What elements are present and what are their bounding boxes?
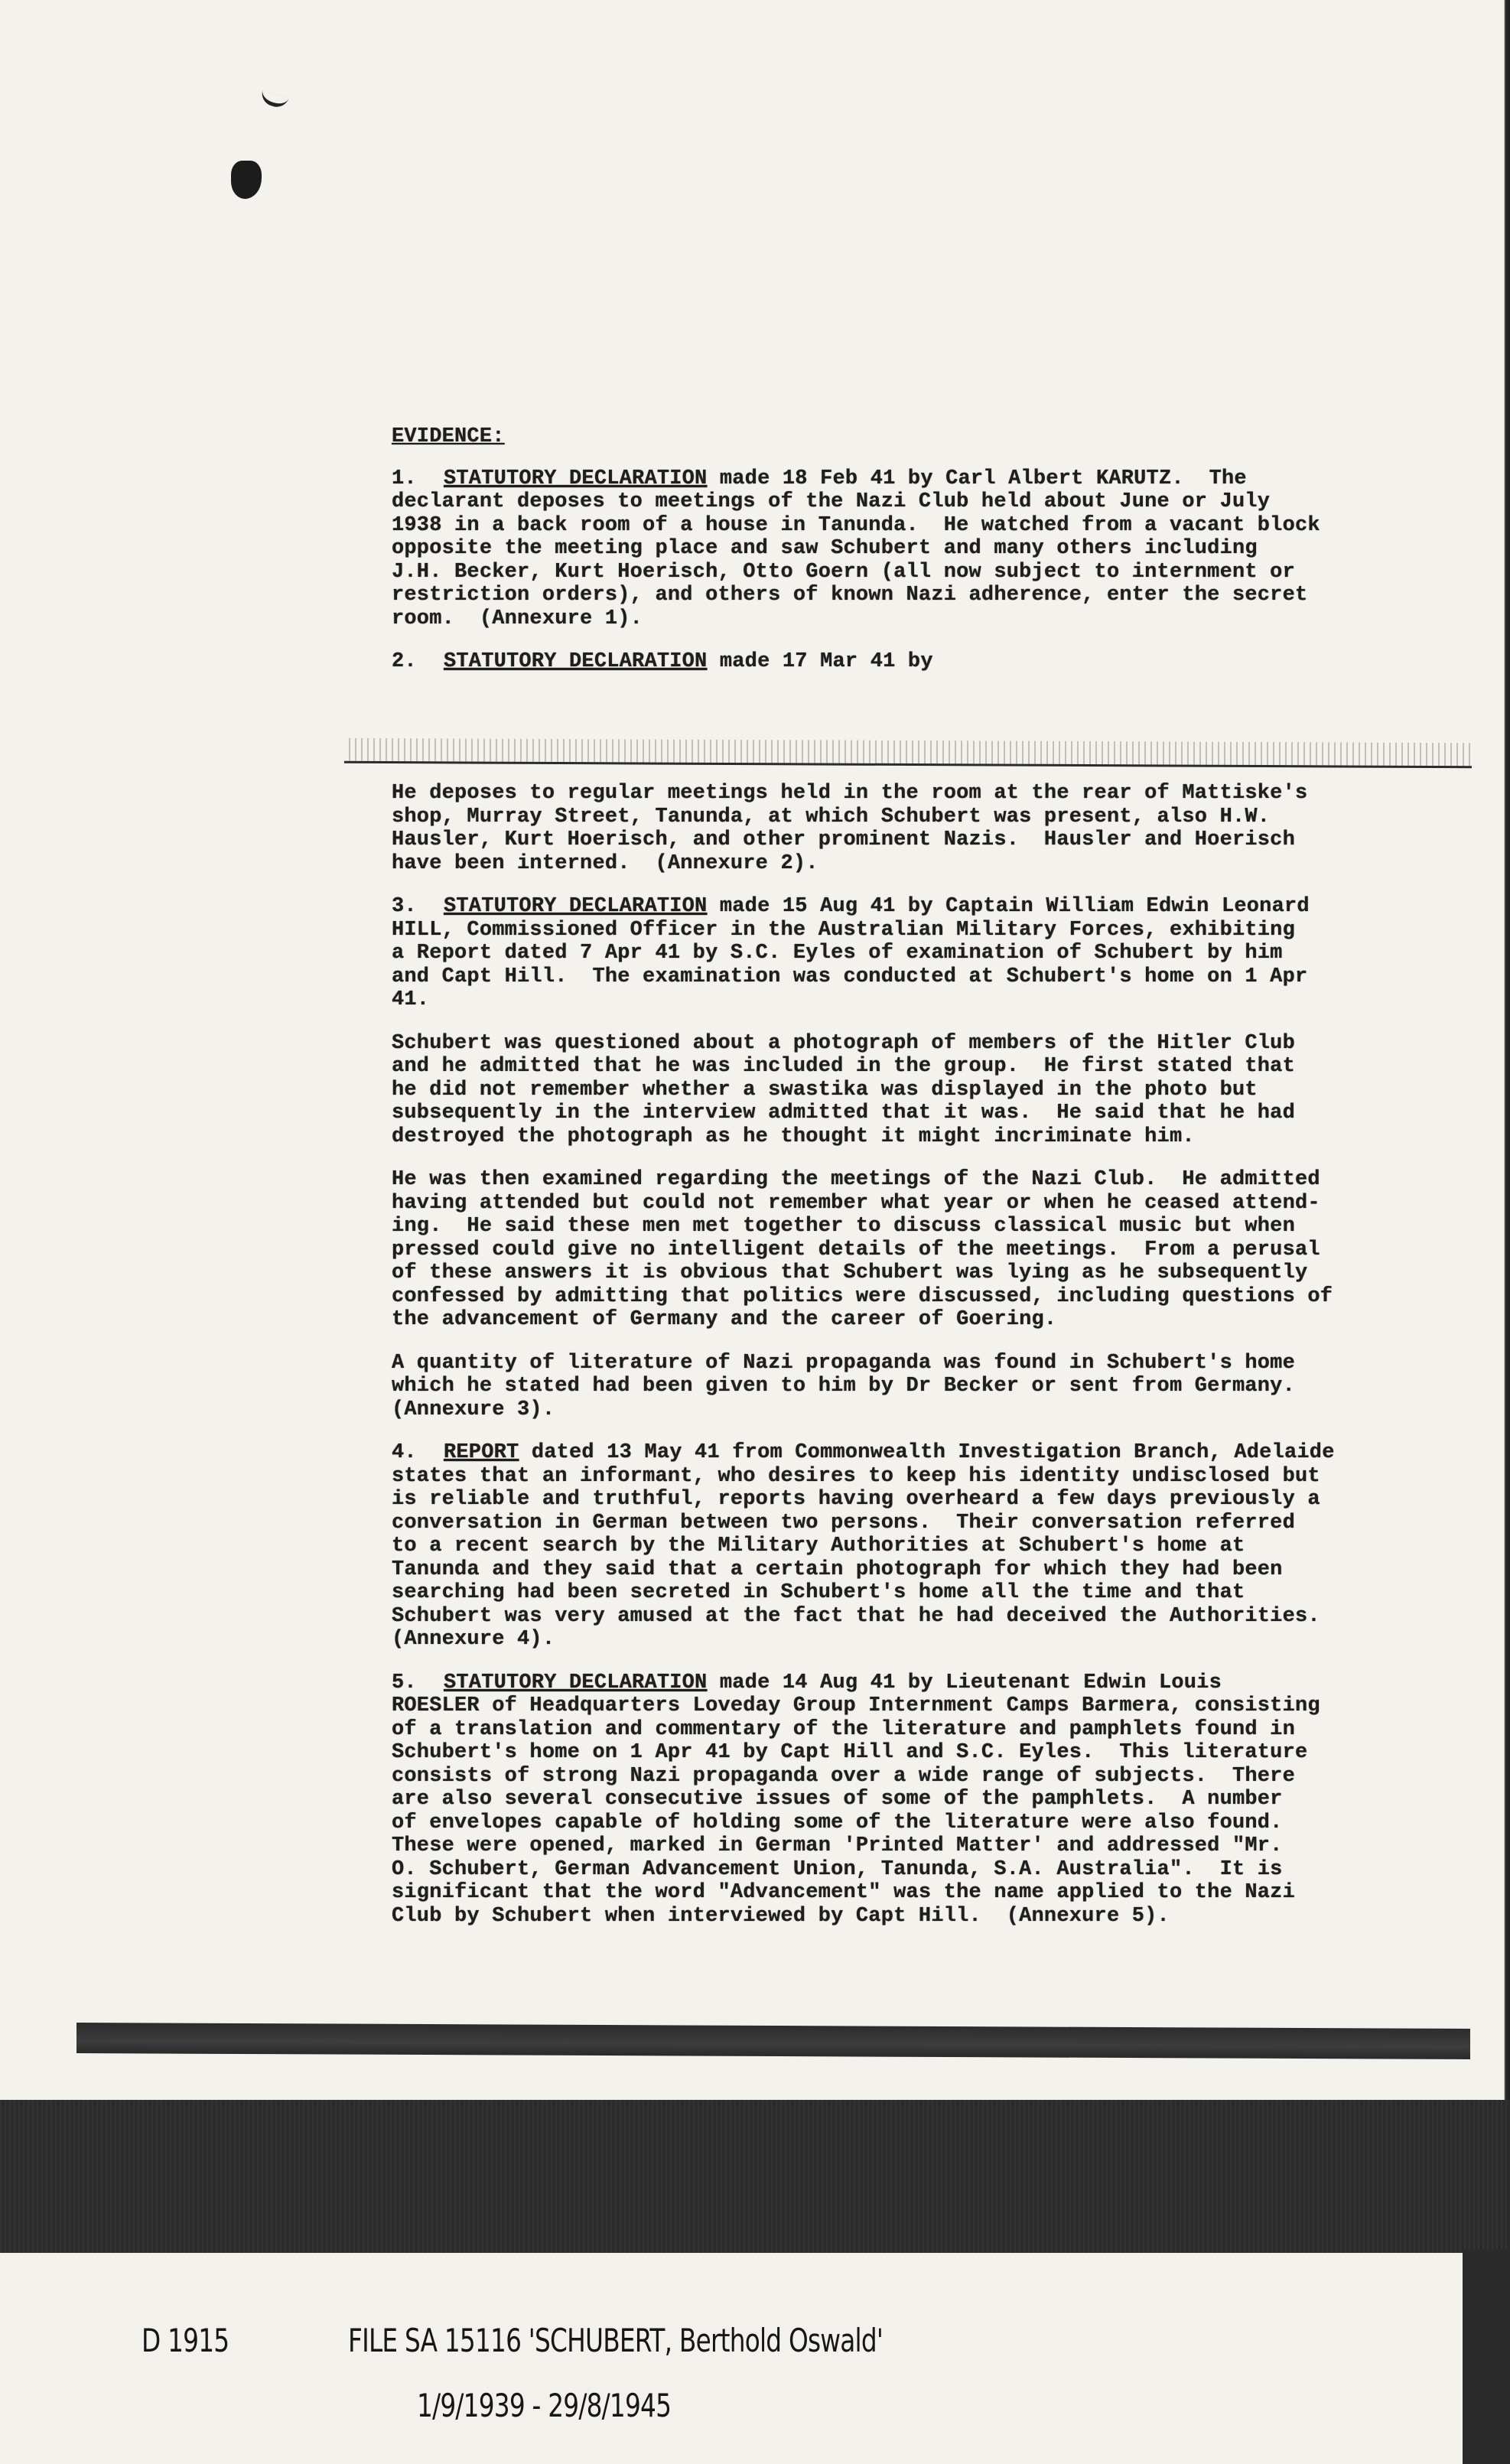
item-3-paragraph-2: He was then examined regarding the meeti… [392,1168,1447,1332]
file-label-card [0,2261,1463,2464]
evidence-heading: EVIDENCE: [392,425,1447,449]
evidence-section-continued: He deposes to regular meetings held in t… [392,782,1447,1948]
page-fold-overlap [344,738,1472,768]
evidence-item-3: 3.STATUTORY DECLARATION made 15 Aug 41 b… [392,895,1447,1012]
page-edge-shadow [1470,0,1510,2111]
item-type: STATUTORY DECLARATION [444,467,707,490]
item-3-paragraph-3: A quantity of literature of Nazi propaga… [392,1352,1447,1422]
evidence-item-5: 5.STATUTORY DECLARATION made 14 Aug 41 b… [392,1671,1447,1929]
evidence-item-1: 1.STATUTORY DECLARATION made 18 Feb 41 b… [392,467,1447,631]
file-name: FILE SA 15116 'SCHUBERT, Berthold Oswald… [348,2322,883,2359]
evidence-item-2: 2.STATUTORY DECLARATION made 17 Mar 41 b… [392,650,1447,674]
file-ref: D 1915 [142,2322,229,2359]
item-2-continuation: He deposes to regular meetings held in t… [392,782,1447,875]
scanner-background [0,2100,1510,2253]
item-3-paragraph-1: Schubert was questioned about a photogra… [392,1032,1447,1149]
item-type: STATUTORY DECLARATION [444,1671,707,1694]
file-dates: 1/9/1939 - 29/8/1945 [417,2387,671,2424]
item-type: REPORT [444,1441,519,1464]
scanner-background-edge [1463,2249,1510,2464]
evidence-section: EVIDENCE: 1.STATUTORY DECLARATION made 1… [392,425,1447,694]
scan-shadow-band [76,2023,1470,2059]
evidence-item-4: 4.REPORT dated 13 May 41 from Commonweal… [392,1441,1447,1652]
item-type: STATUTORY DECLARATION [444,650,707,673]
item-type: STATUTORY DECLARATION [444,895,707,918]
